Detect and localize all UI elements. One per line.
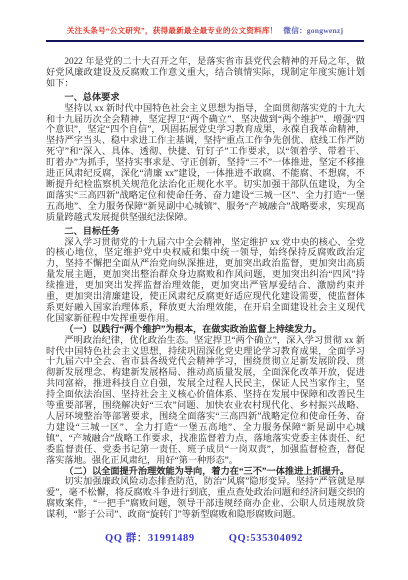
document-body: 2022 年是党的二十大召开之年，是落实省市县党代会精神的开局之年，做好党风廉政…: [46, 56, 365, 520]
footer-contact: QQ 群：31991489QQ:535304092: [0, 530, 408, 545]
subsection-heading-two: （二）以全面提升治理效能为导向，着力在“三不”一体推进上抓提升。: [46, 466, 365, 477]
paragraph-subsection-one: 严明政治纪律，优化政治生态。坚定捍卫“两个确立”，深入学习贯彻 xx 新时代中国…: [46, 335, 365, 466]
promo-text: 关注头条号“公文研究”，获得最新最全最专业的公文资料库！: [67, 26, 278, 35]
section-heading-overall-requirements: 一、总体要求: [46, 92, 365, 103]
header-promo-banner: 关注头条号“公文研究”，获得最新最全最专业的公文资料库！微信：gongwenzj: [46, 25, 364, 42]
paragraph-overall-requirements: 坚持以 xx 新时代中国特色社会主义思想为指导，全面贯彻落实党的十九大和十九届历…: [46, 103, 365, 223]
subsection-heading-one: （一）以践行“两个维护”为根本，在做实政治监督上持续发力。: [46, 324, 365, 335]
paragraph-target-tasks: 深入学习贯彻党的十九届六中全会精神，坚定维护 xx 党中央的核心、全党的核心地位…: [46, 237, 365, 324]
qq-number: QQ:535304092: [229, 533, 303, 544]
paragraph-subsection-two: 切实加强廉政风险动态排查防范，防治“风腐”隐形变异。坚持“严管就是厚爱”，毫不松…: [46, 476, 365, 520]
wechat-contact: 微信：gongwenzj: [283, 26, 343, 35]
paragraph-intro: 2022 年是党的二十大召开之年，是落实省市县党代会精神的开局之年，做好党风廉政…: [46, 56, 365, 89]
qq-group-number: QQ 群：31991489: [105, 533, 195, 544]
document-page: 关注头条号“公文研究”，获得最新最全最专业的公文资料库！微信：gongwenzj…: [0, 0, 408, 580]
section-heading-target-tasks: 二、目标任务: [46, 226, 365, 237]
